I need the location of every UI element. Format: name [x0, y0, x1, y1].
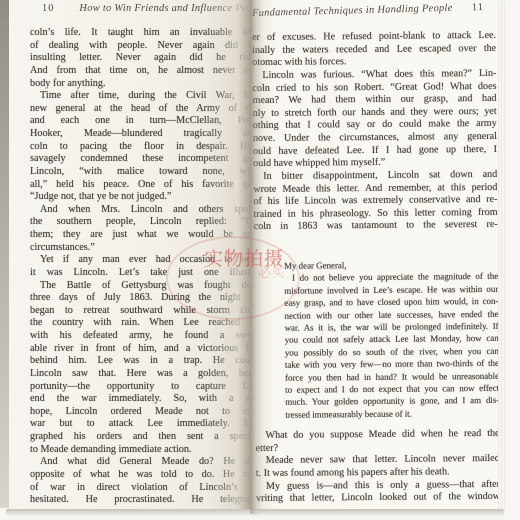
- text-line: to Meade demanding immediate action.: [30, 444, 250, 457]
- text-line: end the war immediately. So, with a sur: [30, 393, 250, 406]
- text-line: Time after time, during the Civil War, L…: [30, 90, 250, 103]
- right-page: Fundamental Techniques in Handling Peopl…: [250, 0, 498, 514]
- text-line: new general at the head of the Army of t…: [30, 103, 250, 116]
- page-number-left: 10: [42, 3, 54, 14]
- text-line: graphed his orders and then sent a speci…: [30, 431, 250, 444]
- left-page-text: coln’s life. It taught him an invaluable…: [30, 27, 250, 507]
- text-line: And when Mrs. Lincoln and others spoke: [30, 204, 250, 217]
- right-page-text: er of excuses. He refused point-blank to…: [252, 30, 498, 506]
- text-line: three days of July 1863. During the nigh…: [30, 292, 250, 305]
- text-line: Meade never saw that letter. Lincoln nev…: [256, 453, 498, 468]
- book-photo: 10How to Win Friends and Influence Peo c…: [0, 0, 520, 520]
- text-line: the southern people, Lincoln replied: “D…: [30, 216, 250, 229]
- text-line: Hooker, Meade—blundered tragically and: [30, 128, 250, 141]
- text-line: insulting letter. Never again did he rid…: [30, 52, 250, 65]
- page-number-right: 11: [472, 2, 484, 13]
- text-line: able river in front of him, and a victor…: [30, 343, 250, 356]
- text-line: the country with rain. When Lee reached …: [30, 317, 250, 330]
- text-line: The Battle of Gettysburg was fought duri: [30, 280, 250, 293]
- text-line: behind him. Lee was in a trap. He could: [30, 355, 250, 368]
- text-line: of dealing with people. Never again did …: [30, 40, 250, 53]
- text-line: war but to attack Lee immediately. Lin: [30, 418, 250, 431]
- text-line: opposite of what he was told to do. He c…: [30, 469, 250, 482]
- right-body-text: er of excuses. He refused point-blank to…: [252, 30, 498, 234]
- text-line: Lincoln, “with malice toward none, with: [30, 166, 250, 179]
- running-title-left: How to Win Friends and Influence Peo: [79, 3, 250, 14]
- text-line: Yet if any man ever had occasion to crit…: [30, 254, 250, 267]
- letter-excerpt: My dear General,I do not believe you app…: [284, 258, 498, 421]
- text-line: all,” held his peace. One of his favorit…: [30, 179, 250, 192]
- text-line: “Judge not, that ye be not judged.”: [30, 191, 250, 204]
- text-line: And what did General Meade do? He did: [30, 456, 250, 469]
- text-line: coln to pacing the floor in despair. Hal…: [30, 141, 250, 154]
- text-line: circumstances.”: [30, 242, 250, 255]
- text-line: ould have defeated Lee. If I had gone up…: [253, 143, 497, 158]
- text-line: much. Your golden opportunity is gone, a…: [285, 394, 498, 408]
- text-line: them; they are just what we would be und: [30, 229, 250, 242]
- text-line: with his defeated army, he found a swoll: [30, 330, 250, 343]
- text-line: of war in direct violation of Lincoln’s …: [30, 482, 250, 495]
- text-line: and each one in turn—McClellan, Pope: [30, 115, 250, 128]
- left-page: 10How to Win Friends and Influence Peo c…: [9, 0, 250, 513]
- text-line: hope, Lincoln ordered Meade not to call: [30, 406, 250, 419]
- text-line: it was Lincoln. Let’s take just one illu…: [30, 267, 250, 280]
- text-line: Lincoln saw that. Here was a golden, hea…: [30, 368, 250, 381]
- book-bottom-edge: [6, 509, 504, 517]
- text-line: body for anything.: [30, 78, 250, 91]
- text-line: savagely condemned these incompetent gen: [30, 153, 250, 166]
- text-line: inally the waters receded and Lee escape…: [252, 42, 496, 57]
- text-line: coln’s life. It taught him an invaluable…: [30, 27, 250, 40]
- text-line: vriting that letter, Lincoln looked out …: [256, 491, 498, 506]
- text-line: tressed immeasurably because of it.: [285, 407, 498, 421]
- running-header-left: 10How to Win Friends and Influence Peo: [30, 3, 248, 14]
- book-spine-edge: [0, 0, 9, 508]
- text-line: hesitated. He procrastinated. He telegra…: [30, 494, 250, 507]
- running-title-right: Fundamental Techniques in Handling Peopl…: [252, 3, 453, 19]
- page-stack-edge: [498, 1, 507, 512]
- text-line: And from that time on, he almost never c…: [30, 65, 250, 78]
- text-line: coln in 1863 was tantamount to the sever…: [254, 219, 498, 234]
- text-line: What do you suppose Meade did when he re…: [255, 428, 498, 443]
- text-line: portunity—the opportunity to capture Lee: [30, 381, 250, 394]
- text-line: take with you very few—no more than two-…: [285, 357, 498, 371]
- right-closing-text: What do you suppose Meade did when he re…: [255, 428, 498, 506]
- text-line: began to retreat southward while storm c…: [30, 305, 250, 318]
- running-header-right: Fundamental Techniques in Handling Peopl…: [252, 2, 484, 19]
